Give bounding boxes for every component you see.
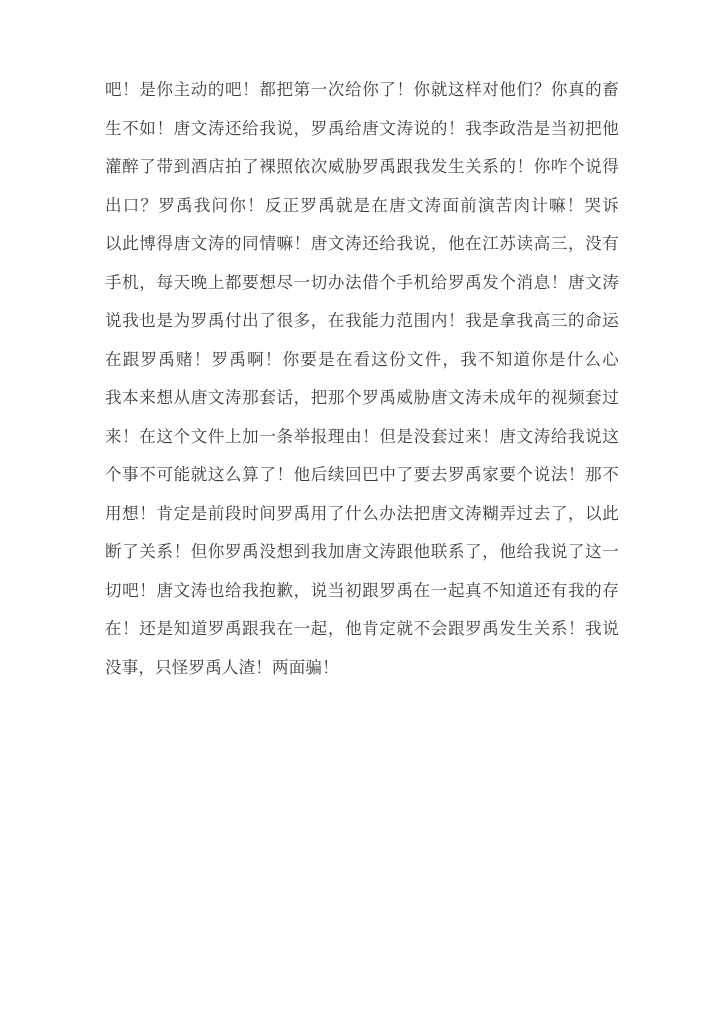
text-line: 来！在这个文件上加一条举报理由！但是没套过来！唐文涛给我说这 [105, 418, 619, 457]
text-line: 切吧！唐文涛也给我抱歉，说当初跟罗禹在一起真不知道还有我的存 [105, 572, 619, 611]
text-line: 生不如！唐文涛还给我说，罗禹给唐文涛说的！我李政浩是当初把他 [105, 110, 619, 149]
text-line: 我本来想从唐文涛那套话，把那个罗禹威胁唐文涛未成年的视频套过 [105, 379, 619, 418]
text-line: 灌醉了带到酒店拍了裸照依次威胁罗禹跟我发生关系的！你咋个说得 [105, 148, 619, 187]
text-line: 吧！是你主动的吧！都把第一次给你了！你就这样对他们？你真的畜 [105, 71, 619, 110]
text-line-last: 没事，只怪罗禹人渣！两面骗！ [105, 649, 619, 688]
document-viewport: 吧！是你主动的吧！都把第一次给你了！你就这样对他们？你真的畜 生不如！唐文涛还给… [0, 0, 724, 1024]
document-page: 吧！是你主动的吧！都把第一次给你了！你就这样对他们？你真的畜 生不如！唐文涛还给… [0, 0, 724, 1024]
text-line: 断了关系！但你罗禹没想到我加唐文涛跟他联系了，他给我说了这一 [105, 533, 619, 572]
text-line: 出口？罗禹我问你！反正罗禹就是在唐文涛面前演苦肉计嘛！哭诉嘛！ [105, 187, 619, 226]
text-line: 在跟罗禹赌！罗禹啊！你要是在看这份文件，我不知道你是什么心情！ [105, 341, 619, 380]
text-line: 以此博得唐文涛的同情嘛！唐文涛还给我说，他在江苏读高三，没有 [105, 225, 619, 264]
text-line: 在！还是知道罗禹跟我在一起，他肯定就不会跟罗禹发生关系！我说 [105, 610, 619, 649]
text-line: 手机，每天晚上都要想尽一切办法借个手机给罗禹发个消息！唐文涛 [105, 264, 619, 303]
text-line: 用想！肯定是前段时间罗禹用了什么办法把唐文涛糊弄过去了，以此 [105, 495, 619, 534]
text-line: 个事不可能就这么算了！他后续回巴中了要去罗禹家要个说法！那不 [105, 456, 619, 495]
text-block: 吧！是你主动的吧！都把第一次给你了！你就这样对他们？你真的畜 生不如！唐文涛还给… [105, 71, 619, 687]
text-line: 说我也是为罗禹付出了很多，在我能力范围内！我是拿我高三的命运 [105, 302, 619, 341]
